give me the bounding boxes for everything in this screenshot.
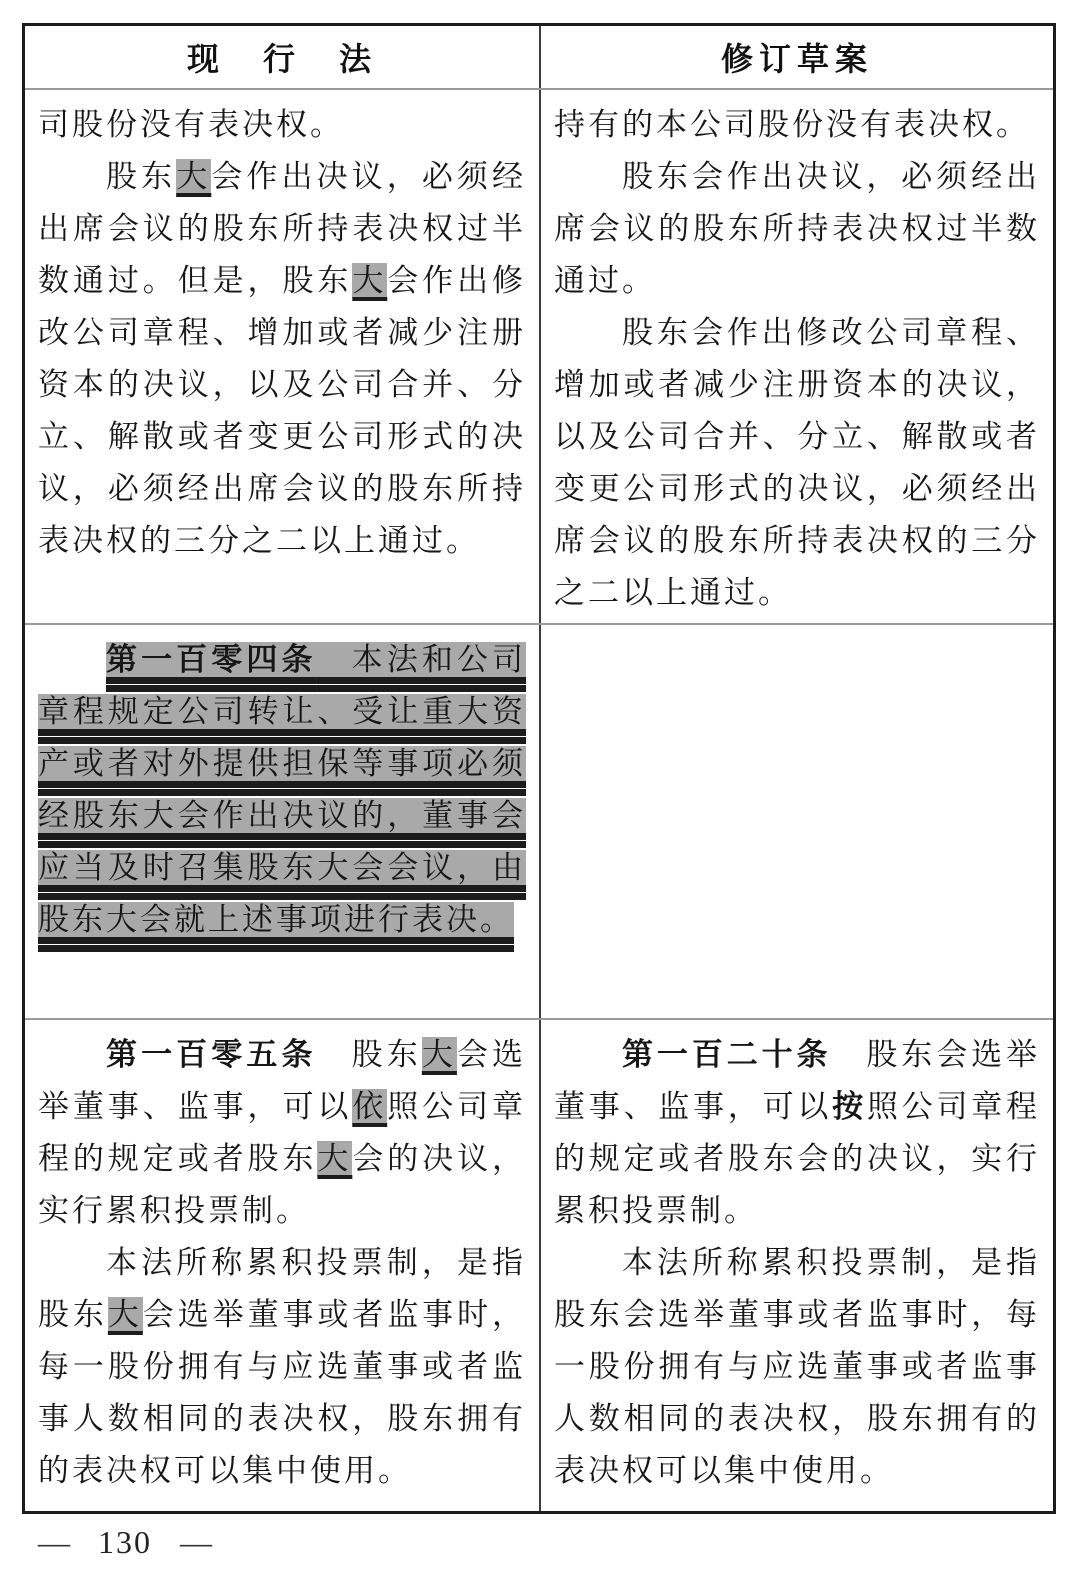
text-segment: 股东 [106, 159, 176, 194]
text-segment: 持有的本公司股份没有表决权。 [554, 107, 1030, 142]
paragraph: 司股份没有表决权。 [38, 99, 526, 151]
table-body: 司股份没有表决权。股东大会作出决议，必须经出席会议的股东所持表决权过半数通过。但… [25, 90, 1053, 1511]
table-row: 第一百零四条 本法和公司章程规定公司转让、受让重大资产或者对外提供担保等事项必须… [25, 625, 1053, 1020]
paragraph: 第一百零四条 本法和公司章程规定公司转让、受让重大资产或者对外提供担保等事项必须… [38, 634, 526, 946]
paragraph: 本法所称累积投票制，是指股东会选举董事或者监事时，每一股份拥有与应选董事或者监事… [554, 1237, 1040, 1497]
highlighted-text: 第一百零四条 [106, 642, 317, 677]
text-segment: 股东会作出修改公司章程、增加或者减少注册资本的决议，以及公司合并、分立、解散或者… [554, 315, 1040, 610]
highlighted-text: 大 [352, 263, 387, 298]
cell-current-law: 第一百零四条 本法和公司章程规定公司转让、受让重大资产或者对外提供担保等事项必须… [25, 625, 541, 1018]
text-segment: 股东 [317, 1037, 422, 1072]
text-segment: 司股份没有表决权。 [38, 107, 344, 142]
paragraph: 持有的本公司股份没有表决权。 [554, 99, 1040, 151]
cell-current-law: 第一百零五条 股东大会选举董事、监事，可以依照公司章程的规定或者股东大会的决议，… [25, 1020, 541, 1511]
highlighted-text: 本法和公司章程规定公司转让、受让重大资产或者对外提供担保等事项必须经股东大会作出… [38, 642, 526, 937]
cell-current-law: 司股份没有表决权。股东大会作出决议，必须经出席会议的股东所持表决权过半数通过。但… [25, 90, 541, 623]
document-page: 现 行 法 修订草案 司股份没有表决权。股东大会作出决议，必须经出席会议的股东所… [0, 0, 1080, 1596]
header-revision-draft: 修订草案 [541, 26, 1053, 88]
paragraph: 第一百零五条 股东大会选举董事、监事，可以依照公司章程的规定或者股东大会的决议，… [38, 1029, 526, 1237]
text-segment: 本法所称累积投票制，是指股东会选举董事或者监事时，每一股份拥有与应选董事或者监事… [554, 1245, 1040, 1488]
paragraph: 第一百二十条 股东会选举董事、监事，可以按照公司章程的规定或者股东会的决议，实行… [554, 1029, 1040, 1237]
paragraph: 股东大会作出决议，必须经出席会议的股东所持表决权过半数通过。但是，股东大会作出修… [38, 151, 526, 567]
paragraph: 股东会作出决议，必须经出席会议的股东所持表决权过半数通过。 [554, 151, 1040, 307]
highlighted-text: 大 [108, 1297, 143, 1332]
highlighted-text: 大 [176, 159, 211, 194]
highlighted-text: 大 [317, 1141, 352, 1176]
bold-text: 按 [832, 1089, 867, 1124]
bold-text: 第一百二十条 [622, 1037, 831, 1072]
page-footer: — 130 — [38, 1524, 212, 1561]
paragraph: 本法所称累积投票制，是指股东大会选举董事或者监事时，每一股份拥有与应选董事或者监… [38, 1237, 526, 1497]
paragraph: 股东会作出修改公司章程、增加或者减少注册资本的决议，以及公司合并、分立、解散或者… [554, 307, 1040, 619]
text-segment: 会作出修改公司章程、增加或者减少注册资本的决议，以及公司合并、分立、解散或者变更… [38, 263, 526, 558]
footer-dash-left: — [38, 1524, 70, 1561]
cell-revision-draft: 持有的本公司股份没有表决权。股东会作出决议，必须经出席会议的股东所持表决权过半数… [541, 90, 1053, 623]
cell-revision-draft [541, 625, 1053, 1018]
cell-revision-draft: 第一百二十条 股东会选举董事、监事，可以按照公司章程的规定或者股东会的决议，实行… [541, 1020, 1053, 1511]
highlighted-text: 依 [352, 1089, 387, 1124]
header-current-law: 现 行 法 [25, 26, 541, 88]
footer-dash-right: — [180, 1524, 212, 1561]
page-number: 130 [98, 1524, 152, 1561]
table-header-row: 现 行 法 修订草案 [25, 26, 1053, 90]
text-segment: 股东会作出决议，必须经出席会议的股东所持表决权过半数通过。 [554, 159, 1040, 298]
bold-text: 第一百零五条 [106, 1037, 317, 1072]
law-comparison-table: 现 行 法 修订草案 司股份没有表决权。股东大会作出决议，必须经出席会议的股东所… [22, 23, 1056, 1514]
table-row: 第一百零五条 股东大会选举董事、监事，可以依照公司章程的规定或者股东大会的决议，… [25, 1020, 1053, 1511]
highlighted-text: 大 [422, 1037, 457, 1072]
table-row: 司股份没有表决权。股东大会作出决议，必须经出席会议的股东所持表决权过半数通过。但… [25, 90, 1053, 625]
